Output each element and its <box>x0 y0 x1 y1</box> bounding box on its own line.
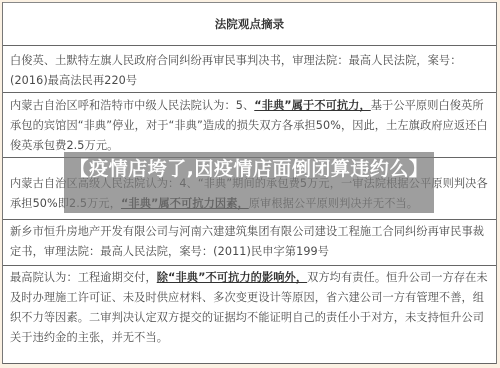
case-citation-row: 白俊英、土默特左旗人民政府合同纠纷再审民事判决书，审理法院：最高人民法院，案号：… <box>3 45 496 92</box>
table-header-title: 法院观点摘录 <box>10 3 489 46</box>
court-opinion-row: 最高院认为：工程逾期交付，除“非典”不可抗力的影响外，双方均有责任。恒升公司一方… <box>3 265 496 364</box>
opinion-text-pre: 最高院认为：工程逾期交付， <box>10 271 157 284</box>
opinion-emphasis: “非典”属于不可抗力， <box>254 99 371 112</box>
case-citation-text: 新乡市恒升房地产开发有限公司与河南六建建筑集团有限公司建设工程施工合同纠纷再审民… <box>10 225 484 258</box>
case-citation-row: 新乡市恒升房地产开发有限公司与河南六建建筑集团有限公司建设工程施工合同纠纷再审民… <box>3 219 496 265</box>
table-header-row: 法院观点摘录 <box>3 2 496 45</box>
title-overlay-banner: 【疫情店垮了,因疫情店面倒闭算违约么】 <box>64 152 434 213</box>
opinion-text-pre: 内蒙古自治区呼和浩特市中级人民法院认为：5、 <box>10 99 254 112</box>
case-citation-text: 白俊英、土默特左旗人民政府合同纠纷再审民事判决书，审理法院：最高人民法院，案号：… <box>10 54 462 87</box>
bottom-margin <box>0 364 500 368</box>
opinion-emphasis: 除“非典”不可抗力的影响外， <box>157 271 307 284</box>
overlay-title: 【疫情店垮了,因疫情店面倒闭算违约么】 <box>70 158 429 180</box>
court-opinion-row: 内蒙古自治区呼和浩特市中级人民法院认为：5、“非典”属于不可抗力，基于公平原则白… <box>3 92 496 157</box>
